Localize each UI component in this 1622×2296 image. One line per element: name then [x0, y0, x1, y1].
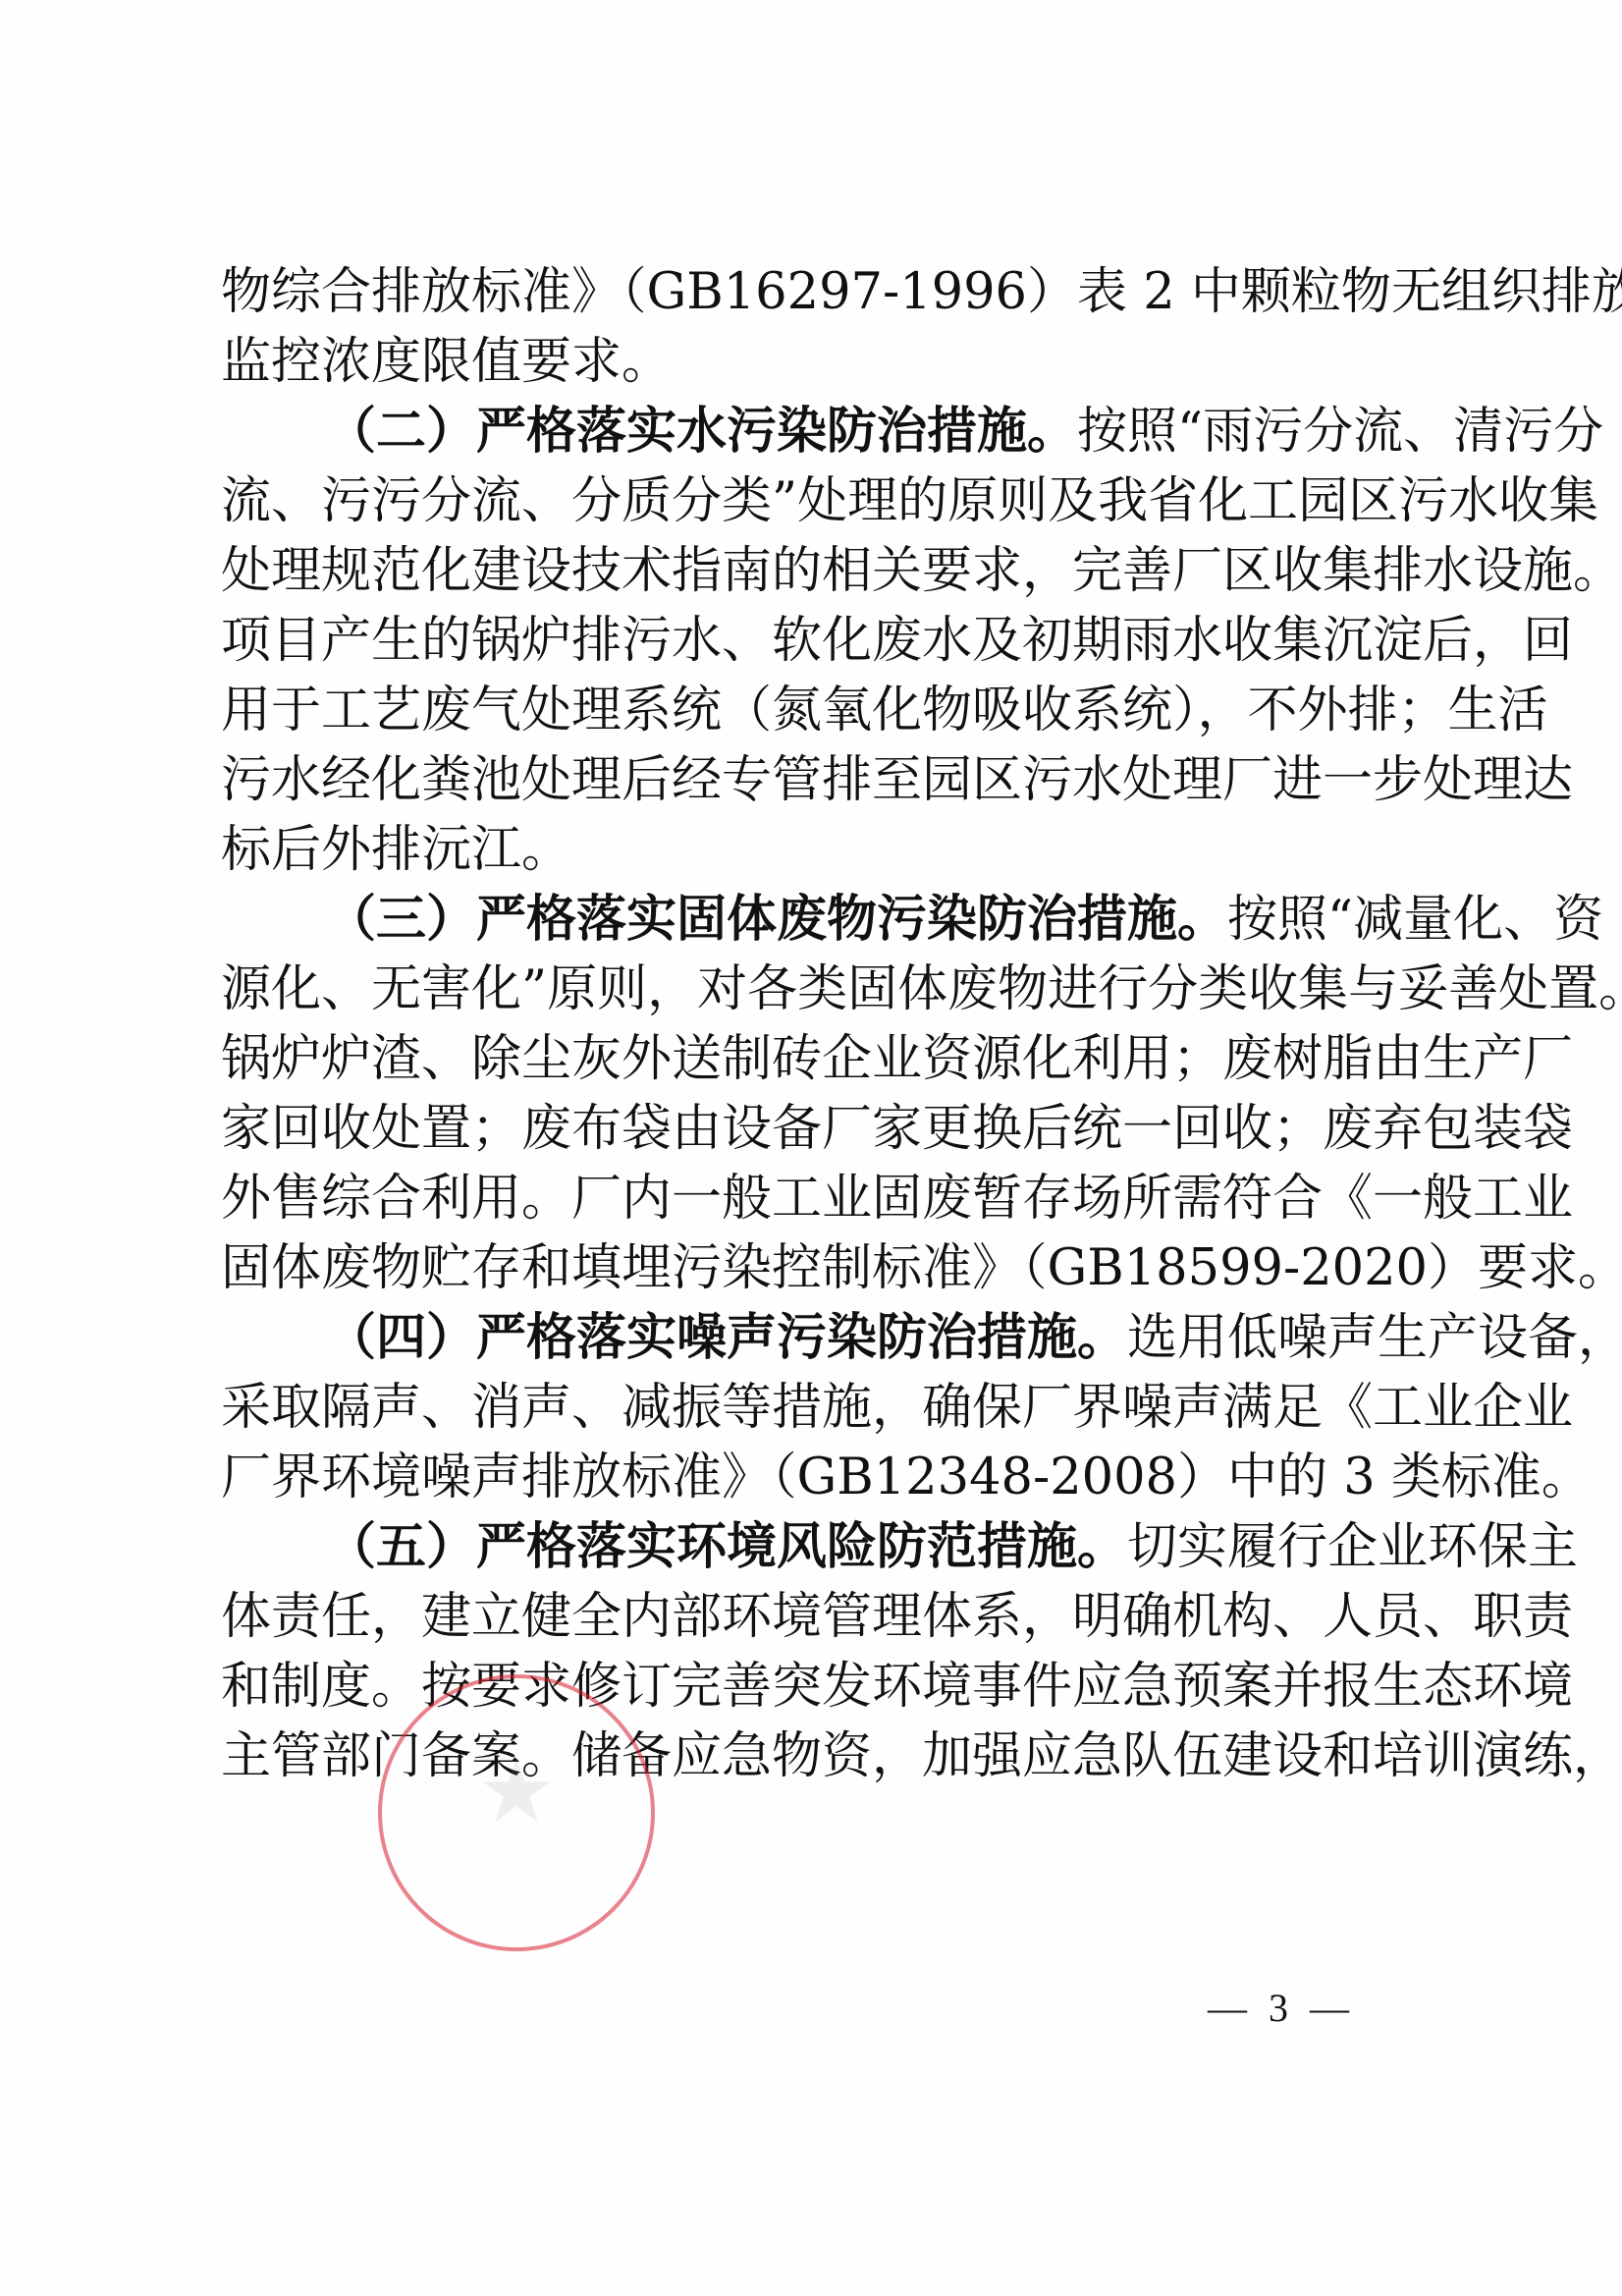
- text-line: 厂界环境噪声排放标准》（GB12348-2008）中的 3 类标准。: [221, 1443, 1328, 1512]
- section-heading-line-solid-waste: （三）严格落实固体废物污染防治措施。按照“减量化、资: [221, 885, 1328, 955]
- text-run: 选用低噪声生产设备，: [1127, 1309, 1622, 1367]
- text-line: 流、污污分流、分质分类”处理的原则及我省化工园区污水收集: [221, 466, 1328, 536]
- text-line: 外售综合利用。厂内一般工业固废暂存场所需符合《一般工业: [221, 1164, 1328, 1233]
- document-body: 物综合排放标准》（GB16297-1996）表 2 中颗粒物无组织排放 监控浓度…: [221, 257, 1328, 1791]
- section-heading-noise: （四）严格落实噪声污染防治措施。: [326, 1309, 1127, 1367]
- text-line: 用于工艺废气处理系统（氮氧化物吸收系统），不外排；生活: [221, 676, 1328, 745]
- text-line: 家回收处置；废布袋由设备厂家更换后统一回收；废弃包装袋: [221, 1094, 1328, 1164]
- text-run: 按照“减量化、资: [1227, 891, 1603, 949]
- text-line: 项目产生的锅炉排污水、软化废水及初期雨水收集沉淀后，回: [221, 606, 1328, 676]
- text-line: 主管部门备案。储备应急物资，加强应急队伍建设和培训演练，: [221, 1722, 1328, 1791]
- document-page: 物综合排放标准》（GB16297-1996）表 2 中颗粒物无组织排放 监控浓度…: [0, 0, 1622, 2296]
- text-line: 和制度。按要求修订完善突发环境事件应急预案并报生态环境: [221, 1652, 1328, 1722]
- text-line: 标后外排沅江。: [221, 815, 1328, 885]
- section-heading-risk: （五）严格落实环境风险防范措施。: [326, 1518, 1127, 1576]
- text-line: 监控浓度限值要求。: [221, 327, 1328, 397]
- section-heading-water: （二）严格落实水污染防治措施。: [326, 403, 1077, 461]
- text-line: 固体废物贮存和填埋污染控制标准》（GB18599-2020）要求。: [221, 1233, 1328, 1303]
- page-number: — 3 —: [1208, 1984, 1355, 2033]
- section-heading-line-noise: （四）严格落实噪声污染防治措施。选用低噪声生产设备，: [221, 1303, 1328, 1373]
- section-heading-solid-waste: （三）严格落实固体废物污染防治措施。: [326, 891, 1227, 949]
- text-line: 物综合排放标准》（GB16297-1996）表 2 中颗粒物无组织排放: [221, 257, 1328, 327]
- text-line: 污水经化粪池处理后经专管排至园区污水处理厂进一步处理达: [221, 745, 1328, 815]
- section-heading-line-water: （二）严格落实水污染防治措施。按照“雨污分流、清污分: [221, 397, 1328, 466]
- text-run: 切实履行企业环保主: [1127, 1518, 1578, 1576]
- text-line: 源化、无害化”原则，对各类固体废物进行分类收集与妥善处置。: [221, 955, 1328, 1024]
- text-line: 体责任，建立健全内部环境管理体系，明确机构、人员、职责: [221, 1582, 1328, 1652]
- text-line: 采取隔声、消声、减振等措施，确保厂界噪声满足《工业企业: [221, 1373, 1328, 1443]
- section-heading-line-risk: （五）严格落实环境风险防范措施。切实履行企业环保主: [221, 1512, 1328, 1582]
- text-line: 处理规范化建设技术指南的相关要求，完善厂区收集排水设施。: [221, 536, 1328, 606]
- text-run: 按照“雨污分流、清污分: [1077, 403, 1603, 461]
- text-line: 锅炉炉渣、除尘灰外送制砖企业资源化利用；废树脂由生产厂: [221, 1024, 1328, 1094]
